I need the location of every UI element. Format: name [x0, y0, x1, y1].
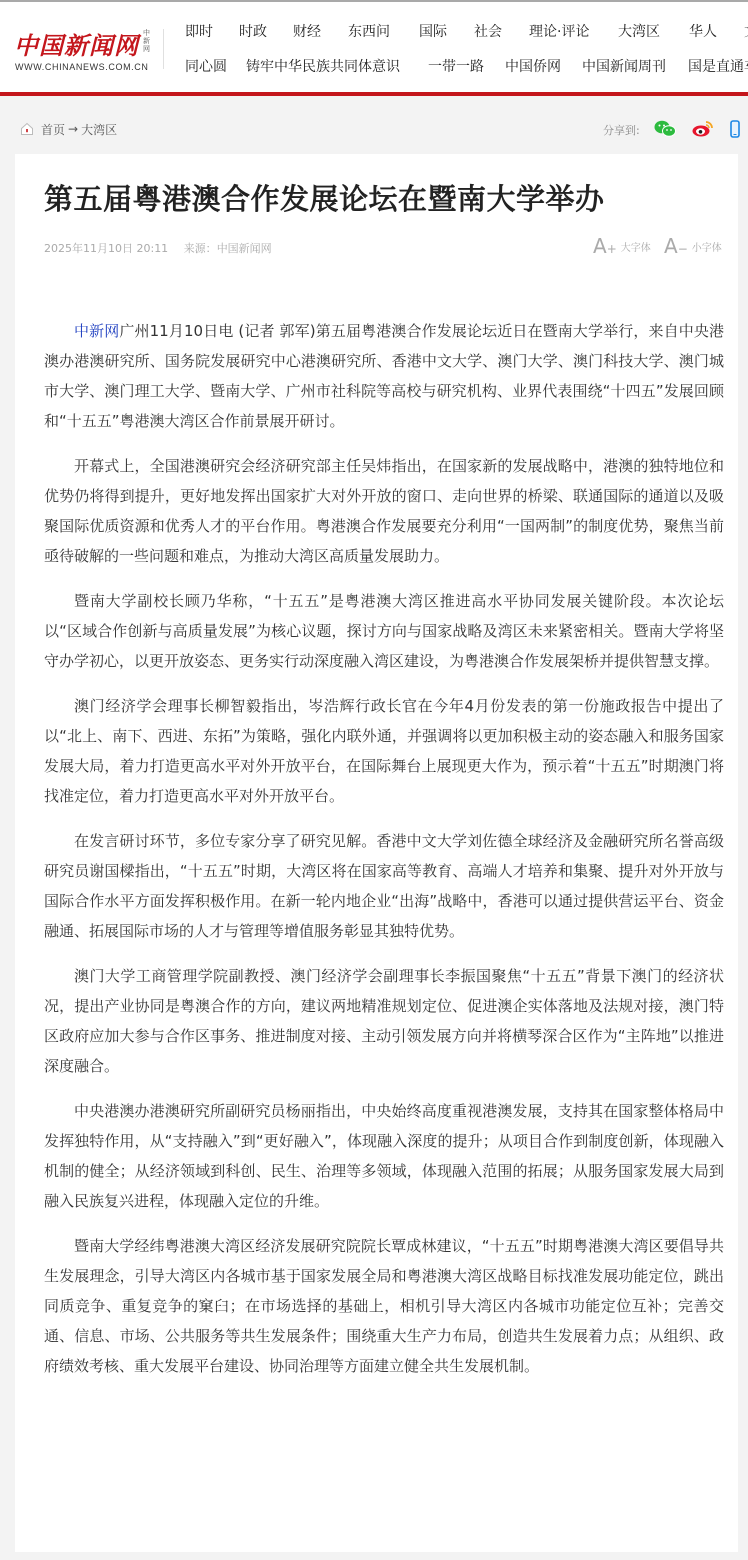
nav-item[interactable]: 中国侨网	[505, 56, 561, 76]
nav-item[interactable]: 即时	[185, 21, 213, 41]
minus-sign: −	[678, 242, 688, 256]
share-label: 分享到:	[603, 122, 640, 138]
font-larger-label: 大字体	[621, 242, 651, 256]
nav-item[interactable]: 东西问	[348, 21, 390, 41]
nav-item[interactable]: 财经	[293, 21, 321, 41]
logo-url-text: WWW.CHINANEWS.COM.CN	[15, 62, 149, 72]
breadcrumb-separator: →	[68, 122, 78, 136]
nav-item[interactable]: 同心圆	[185, 56, 227, 76]
header-red-rule	[0, 92, 748, 96]
article-paragraph: 暨南大学经纬粤港澳大湾区经济发展研究院院长覃成林建议，“十五五”时期粤港澳大湾区…	[44, 1231, 724, 1381]
article-meta: 2025年11月10日 20:11 来源：中国新闻网	[44, 240, 272, 256]
nav-item[interactable]: 一带一路	[428, 56, 484, 76]
article-paragraph: 澳门大学工商管理学院副教授、澳门经济学会副理事长李振国聚焦“十五五”背景下澳门的…	[44, 961, 724, 1081]
article-paragraph: 在发言研讨环节，多位专家分享了研究见解。香港中文大学刘佐德全球经济及金融研究所名…	[44, 826, 724, 946]
article-paragraph: 暨南大学副校长顾乃华称，“十五五”是粤港澳大湾区推进高水平协同发展关键阶段。本次…	[44, 586, 724, 676]
nav-item[interactable]: 理论·评论	[529, 21, 589, 41]
mobile-share-icon[interactable]	[730, 120, 740, 141]
font-larger-icon: A	[593, 236, 607, 256]
breadcrumb: 首页 → 大湾区	[20, 121, 117, 137]
chinanews-link[interactable]: 中新网	[74, 322, 119, 340]
breadcrumb-current[interactable]: 大湾区	[81, 121, 117, 138]
logo-chinese-text: 中国新闻网	[14, 26, 139, 61]
weibo-share-icon[interactable]	[692, 120, 714, 140]
font-smaller-button[interactable]: A − 小字体	[664, 236, 722, 256]
home-icon[interactable]	[20, 122, 34, 136]
logo-side-text: 中新网	[143, 29, 153, 53]
top-header: 中国新闻网 中新网 WWW.CHINANEWS.COM.CN 即时时政财经东西问…	[0, 0, 748, 94]
nav-item[interactable]: 时政	[239, 21, 267, 41]
article-title: 第五届粤港澳合作发展论坛在暨南大学举办	[44, 177, 605, 218]
plus-sign: +	[607, 242, 617, 256]
nav-item[interactable]: 铸牢中华民族共同体意识	[246, 56, 400, 76]
article-paragraph: 开幕式上，全国港澳研究会经济研究部主任吴炜指出，在国家新的发展战略中，港澳的独特…	[44, 451, 724, 571]
site-logo[interactable]: 中国新闻网 中新网 WWW.CHINANEWS.COM.CN	[14, 26, 164, 76]
share-bar: 分享到:	[603, 120, 740, 140]
wechat-share-icon[interactable]	[654, 120, 676, 140]
nav-item[interactable]: 社会	[474, 21, 502, 41]
nav-item[interactable]: 国是直通车	[688, 56, 748, 76]
nav-item[interactable]: 国际	[419, 21, 447, 41]
nav-item[interactable]: 文	[744, 21, 748, 41]
article-body: 中新网广州11月10日电 (记者 郭军)第五届粤港澳合作发展论坛近日在暨南大学举…	[44, 316, 724, 1396]
font-larger-button[interactable]: A + 大字体	[593, 236, 651, 256]
article-paragraph: 中央港澳办港澳研究所副研究员杨丽指出，中央始终高度重视港澳发展，支持其在国家整体…	[44, 1096, 724, 1216]
breadcrumb-home[interactable]: 首页	[41, 121, 65, 138]
article-paragraph: 澳门经济学会理事长柳智毅指出，岑浩辉行政长官在今年4月份发表的第一份施政报告中提…	[44, 691, 724, 811]
font-smaller-icon: A	[664, 236, 678, 256]
nav-item[interactable]: 华人	[689, 21, 717, 41]
article-paragraph: 中新网广州11月10日电 (记者 郭军)第五届粤港澳合作发展论坛近日在暨南大学举…	[44, 316, 724, 436]
font-smaller-label: 小字体	[692, 242, 722, 256]
logo-divider	[163, 29, 164, 69]
nav-item[interactable]: 大湾区	[618, 21, 660, 41]
publish-date: 2025年11月10日 20:11	[44, 242, 168, 255]
nav-item[interactable]: 中国新闻周刊	[582, 56, 666, 76]
source-name: 中国新闻网	[217, 242, 272, 255]
source-label: 来源：	[184, 242, 217, 255]
